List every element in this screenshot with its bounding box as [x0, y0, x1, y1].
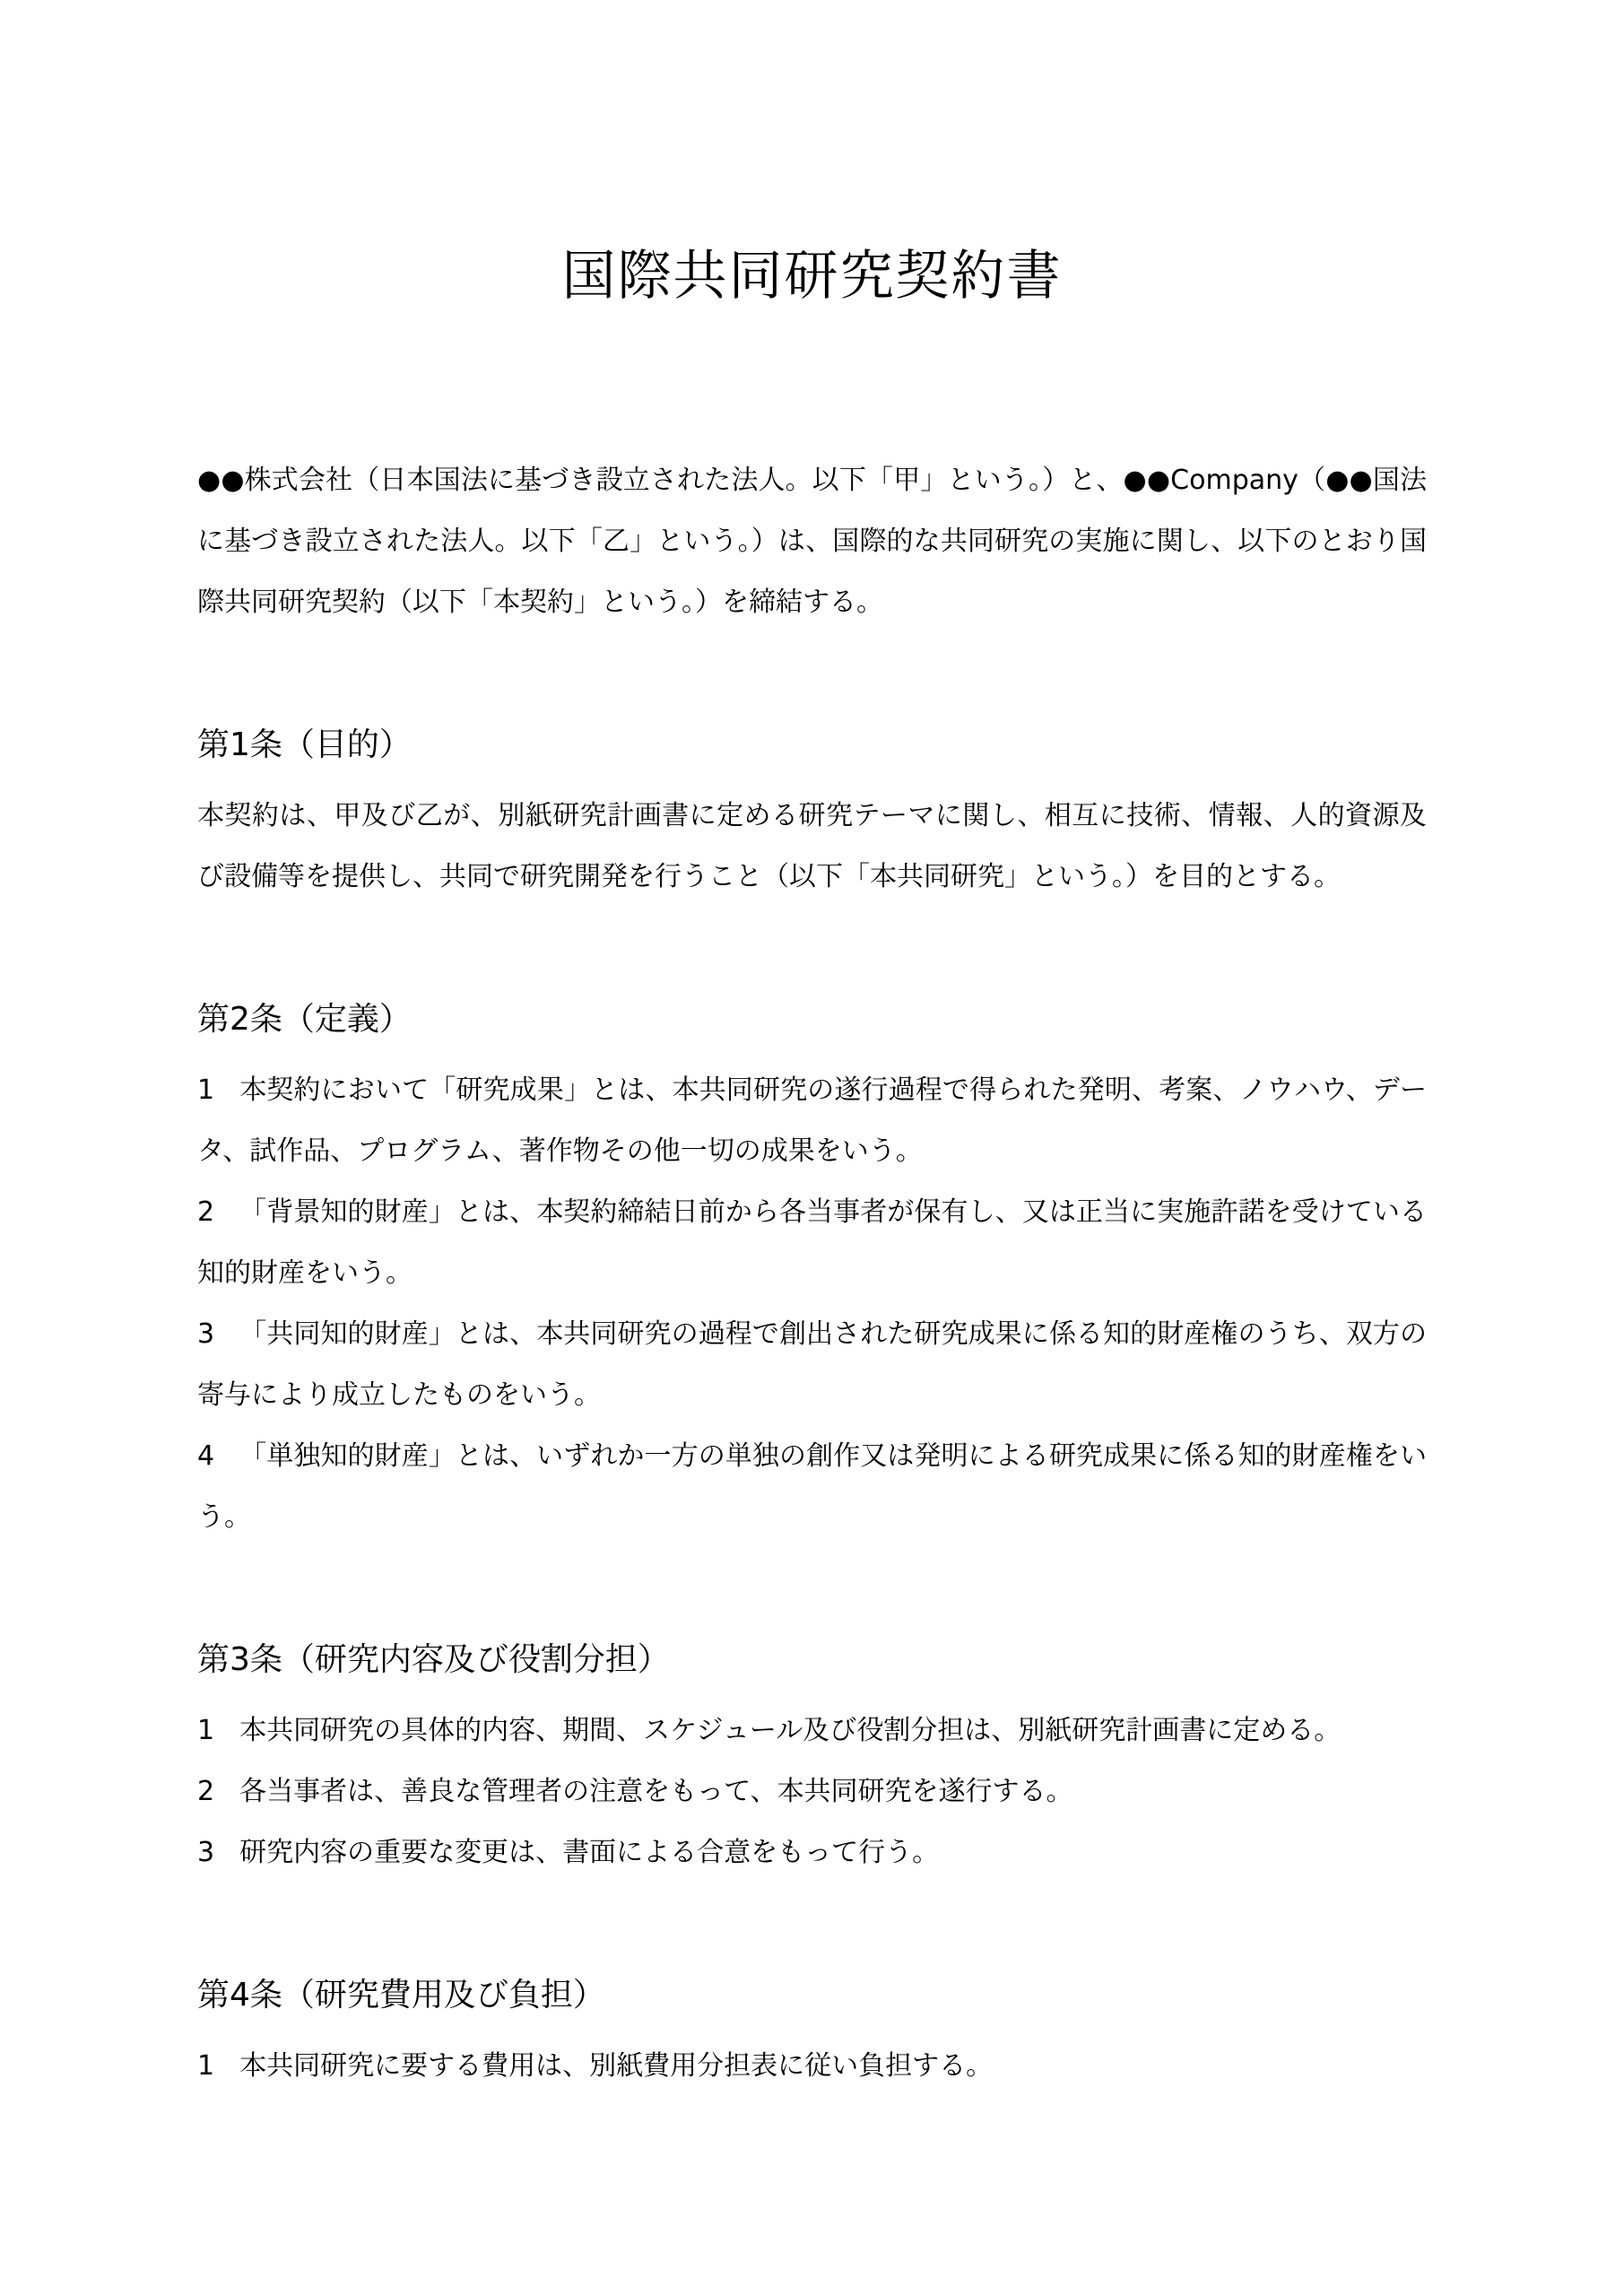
- document-title: 国際共同研究契約書: [197, 242, 1427, 310]
- article-4-heading: 第4条（研究費用及び負担）: [197, 1973, 1427, 2018]
- article-2-heading: 第2条（定義）: [197, 997, 1427, 1042]
- article-2-item-2: 2「背景知的財産」とは、本契約締結日前から各当事者が保有し、又は正当に実施許諾を…: [197, 1182, 1427, 1304]
- item-number: 3: [197, 1304, 214, 1365]
- item-text: 本契約において「研究成果」とは、本共同研究の遂行過程で得られた発明、考案、ノウハ…: [197, 1074, 1427, 1167]
- article-1-body: 本契約は、甲及び乙が、別紙研究計画書に定める研究テーマに関し、相互に技術、情報、…: [197, 786, 1427, 908]
- item-text: 「単独知的財産」とは、いずれか一方の単独の創作又は発明による研究成果に係る知的財…: [197, 1440, 1427, 1533]
- item-text: 各当事者は、善良な管理者の注意をもって、本共同研究を遂行する。: [239, 1776, 1073, 1807]
- section-article-4: 第4条（研究費用及び負担） 1本共同研究に要する費用は、別紙費用分担表に従い負担…: [197, 1973, 1427, 2097]
- article-2-item-4: 4「単独知的財産」とは、いずれか一方の単独の創作又は発明による研究成果に係る知的…: [197, 1426, 1427, 1548]
- item-number: 4: [197, 1426, 214, 1487]
- document-content: 国際共同研究契約書 ●●株式会社（日本国法に基づき設立された法人。以下「甲」とい…: [0, 242, 1624, 2097]
- article-4-item-1: 1本共同研究に要する費用は、別紙費用分担表に従い負担する。: [197, 2036, 1427, 2097]
- item-number: 2: [197, 1761, 214, 1822]
- item-text: 本共同研究の具体的内容、期間、スケジュール及び役割分担は、別紙研究計画書に定める…: [239, 1715, 1341, 1746]
- item-number: 1: [197, 1700, 214, 1761]
- section-article-2: 第2条（定義） 1本契約において「研究成果」とは、本共同研究の遂行過程で得られた…: [197, 997, 1427, 1548]
- item-number: 1: [197, 2036, 214, 2097]
- preamble-paragraph: ●●株式会社（日本国法に基づき設立された法人。以下「甲」という。）と、●●Com…: [197, 450, 1427, 633]
- item-number: 3: [197, 1822, 214, 1883]
- article-2-item-1: 1本契約において「研究成果」とは、本共同研究の遂行過程で得られた発明、考案、ノウ…: [197, 1060, 1427, 1182]
- item-text: 研究内容の重要な変更は、書面による合意をもって行う。: [239, 1837, 939, 1868]
- article-2-item-3: 3「共同知的財産」とは、本共同研究の過程で創出された研究成果に係る知的財産権のう…: [197, 1304, 1427, 1426]
- section-article-1: 第1条（目的） 本契約は、甲及び乙が、別紙研究計画書に定める研究テーマに関し、相…: [197, 723, 1427, 908]
- document-page: 国際共同研究契約書 ●●株式会社（日本国法に基づき設立された法人。以下「甲」とい…: [0, 0, 1624, 2296]
- article-3-item-1: 1本共同研究の具体的内容、期間、スケジュール及び役割分担は、別紙研究計画書に定め…: [197, 1700, 1427, 1761]
- item-text: 「背景知的財産」とは、本契約締結日前から各当事者が保有し、又は正当に実施許諾を受…: [197, 1196, 1427, 1289]
- article-1-heading: 第1条（目的）: [197, 723, 1427, 768]
- item-number: 1: [197, 1060, 214, 1121]
- item-text: 「共同知的財産」とは、本共同研究の過程で創出された研究成果に係る知的財産権のうち…: [197, 1318, 1427, 1411]
- article-3-heading: 第3条（研究内容及び役割分担）: [197, 1638, 1427, 1683]
- article-3-item-3: 3研究内容の重要な変更は、書面による合意をもって行う。: [197, 1822, 1427, 1883]
- article-3-item-2: 2各当事者は、善良な管理者の注意をもって、本共同研究を遂行する。: [197, 1761, 1427, 1822]
- item-text: 本共同研究に要する費用は、別紙費用分担表に従い負担する。: [239, 2050, 993, 2082]
- item-number: 2: [197, 1182, 214, 1243]
- section-article-3: 第3条（研究内容及び役割分担） 1本共同研究の具体的内容、期間、スケジュール及び…: [197, 1638, 1427, 1883]
